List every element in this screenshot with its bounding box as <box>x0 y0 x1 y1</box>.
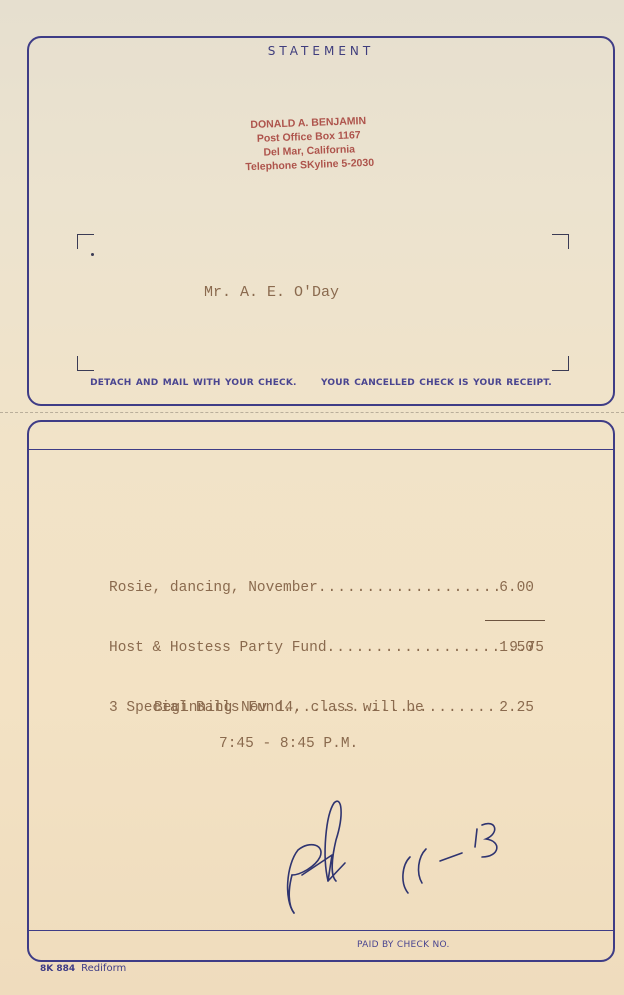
detach-instruction-left: DETACH AND MAIL WITH YOUR CHECK. <box>90 378 297 388</box>
form-brand: Rediform <box>81 963 126 974</box>
total-amount: 9.75 <box>484 640 544 656</box>
addressee-name: Mr. A. E. O'Day <box>204 284 339 301</box>
window-corner-bottom-left <box>77 356 94 371</box>
total-rule <box>485 620 545 621</box>
perforation-line <box>0 412 624 413</box>
handwritten-signature-and-date <box>270 795 500 920</box>
statement-section: STATEMENT DONALD A. BENJAMIN Post Office… <box>27 36 615 406</box>
footer-rule <box>29 930 613 931</box>
sender-stamp: DONALD A. BENJAMIN Post Office Box 1167 … <box>228 113 390 175</box>
item-amount: 2.25 <box>499 698 534 718</box>
dot-leader: ................................ <box>327 638 500 658</box>
class-note-line1: Beginning Nov 14, class will be <box>154 700 424 716</box>
line-item: Host & Hostess Party Fund ..............… <box>109 638 534 658</box>
paid-by-check-label: PAID BY CHECK NO. <box>357 940 450 950</box>
header-rule <box>29 449 613 450</box>
form-code: 8K 884 <box>40 964 75 974</box>
detach-instructions: DETACH AND MAIL WITH YOUR CHECK. YOUR CA… <box>29 378 613 388</box>
window-corner-top-right <box>552 234 569 249</box>
initials-signature-icon <box>288 801 345 913</box>
form-number: 8K 884Rediform <box>40 963 126 974</box>
class-note-line2: 7:45 - 8:45 P.M. <box>219 736 358 752</box>
item-description: Host & Hostess Party Fund <box>109 638 327 658</box>
item-description: Rosie, dancing, November <box>109 578 318 598</box>
line-item: Rosie, dancing, November ...............… <box>109 578 534 598</box>
window-corner-bottom-right <box>552 356 569 371</box>
window-dot-mark <box>91 253 94 256</box>
detach-instruction-right: YOUR CANCELLED CHECK IS YOUR RECEIPT. <box>321 378 552 388</box>
item-amount: 6.00 <box>499 578 534 598</box>
statement-title: STATEMENT <box>29 44 613 58</box>
line-items: Rosie, dancing, November ...............… <box>109 538 534 758</box>
window-corner-top-left <box>77 234 94 249</box>
dot-leader: ................................ <box>318 578 499 598</box>
handwritten-date-icon <box>403 824 497 893</box>
